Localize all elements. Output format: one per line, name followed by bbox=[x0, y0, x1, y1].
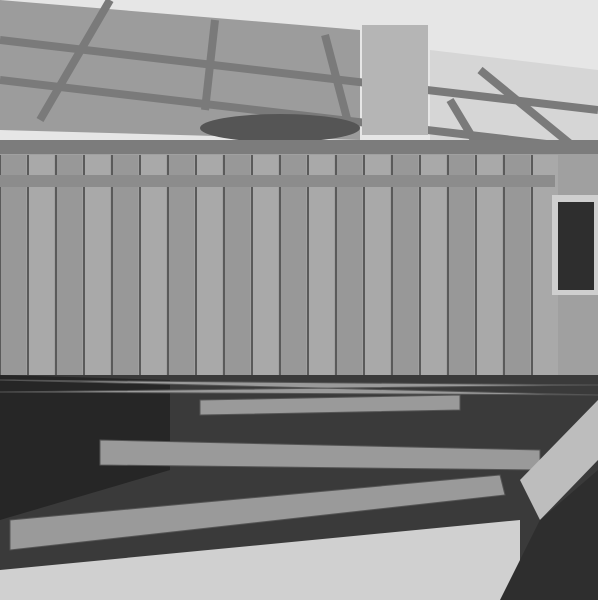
roof-debris bbox=[200, 114, 360, 142]
chimney bbox=[362, 25, 428, 135]
building-photograph bbox=[0, 0, 598, 600]
photo-scene bbox=[0, 0, 598, 600]
